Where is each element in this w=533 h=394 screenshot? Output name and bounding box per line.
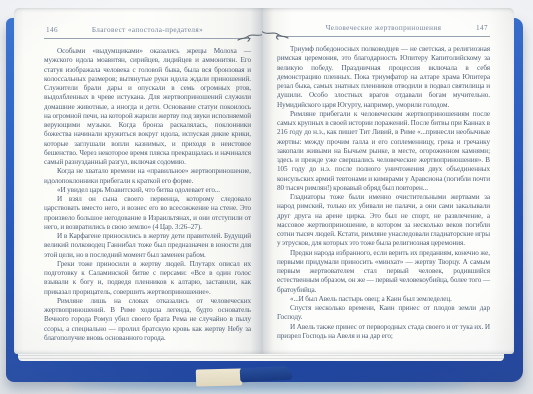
- right-page-number: 147: [476, 24, 488, 32]
- flourish-icon: [237, 29, 262, 43]
- paragraph: И Авель также принес от первородных стад…: [277, 323, 490, 342]
- right-page: 147 Человеческие жертвоприношения Триумф…: [262, 8, 514, 354]
- paragraph: «...И был Авель пастырь овец; а Каин был…: [277, 295, 490, 304]
- header-rule: [277, 36, 490, 37]
- paragraph: Спустя несколько времени, Каин принес от…: [277, 304, 490, 323]
- paragraph: Предки народа избранного, если верить их…: [277, 249, 490, 295]
- paragraph: Гладиаторы тоже были именно очистительны…: [277, 193, 490, 249]
- paragraph: И в Карфагене приносились в жертву дети …: [44, 232, 251, 260]
- left-page: 146 Благовест «апостола-предателя» Особы…: [14, 8, 262, 354]
- right-page-text: Триумф победоносных полководцев — не све…: [277, 45, 490, 341]
- paragraph: «И увидел царь Моавитский, что битва одо…: [44, 186, 251, 195]
- left-page-text: Особыми «выдумщиками» оказались жрецы Мо…: [44, 47, 251, 343]
- paragraph: Особыми «выдумщиками» оказались жрецы Мо…: [44, 47, 251, 167]
- book-photo: 146 Благовест «апостола-предателя» Особы…: [0, 0, 533, 394]
- paragraph: Греки тоже приносили в жертву людей. Плу…: [44, 260, 251, 297]
- paragraph: Римляне лишь на словах отказались от чел…: [44, 297, 251, 343]
- header-rule: [44, 38, 251, 39]
- paragraph: Когда не хватало времени на «правильное»…: [44, 167, 251, 186]
- left-running-head: 146 Благовест «апостола-предателя»: [44, 26, 251, 38]
- spine-notch: [196, 368, 242, 386]
- left-page-number: 146: [46, 26, 58, 34]
- right-running-title: Человеческие жертвоприношения: [277, 24, 490, 32]
- paragraph: Триумф победоносных полководцев — не све…: [277, 45, 490, 110]
- flourish-icon: [262, 27, 289, 41]
- spine-fold: [240, 366, 293, 383]
- paragraph: Римляне прибегали к человеческим жертвоп…: [277, 110, 490, 193]
- right-running-head: 147 Человеческие жертвоприношения: [277, 24, 490, 36]
- paragraph: И взял он сына своего первенца, которому…: [44, 195, 251, 232]
- left-running-title: Благовест «апостола-предателя»: [44, 26, 251, 34]
